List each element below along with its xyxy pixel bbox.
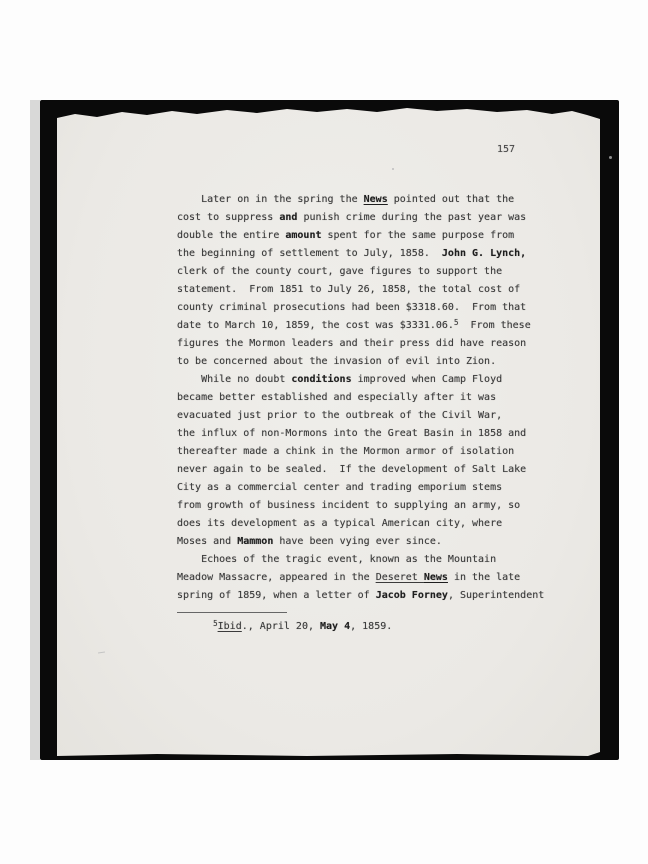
dust-speck xyxy=(609,156,612,159)
typed-line: the beginning of settlement to July, 185… xyxy=(177,245,557,263)
page-number: 157 xyxy=(497,144,515,156)
typed-line: While no doubt conditions improved when … xyxy=(177,371,557,389)
footnote-text: 5Ibid., April 20, May 4, 1859. xyxy=(177,618,557,636)
typed-line: Echoes of the tragic event, known as the… xyxy=(177,551,557,569)
film-edge-strip xyxy=(30,100,40,760)
typed-line: figures the Mormon leaders and their pre… xyxy=(177,335,557,353)
typed-line: from growth of business incident to supp… xyxy=(177,497,557,515)
typed-line: spring of 1859, when a letter of Jacob F… xyxy=(177,587,557,605)
typed-line: cost to suppress and punish crime during… xyxy=(177,209,557,227)
typed-line: never again to be sealed. If the develop… xyxy=(177,461,557,479)
typed-body-text: Later on in the spring the News pointed … xyxy=(177,191,557,605)
dust-speck xyxy=(392,168,394,170)
pencil-mark xyxy=(98,652,105,654)
typed-line: became better established and especially… xyxy=(177,389,557,407)
typed-line: City as a commercial center and trading … xyxy=(177,479,557,497)
typed-line: does its development as a typical Americ… xyxy=(177,515,557,533)
typed-line: Later on in the spring the News pointed … xyxy=(177,191,557,209)
typed-line: statement. From 1851 to July 26, 1858, t… xyxy=(177,281,557,299)
typed-line: thereafter made a chink in the Mormon ar… xyxy=(177,443,557,461)
paper-page: 157 Later on in the spring the News poin… xyxy=(57,106,600,757)
typed-line: date to March 10, 1859, the cost was $33… xyxy=(177,317,557,335)
typed-line: Meadow Massacre, appeared in the Deseret… xyxy=(177,569,557,587)
photo-frame: 157 Later on in the spring the News poin… xyxy=(40,100,619,760)
typed-line: evacuated just prior to the outbreak of … xyxy=(177,407,557,425)
typed-line: Moses and Mammon have been vying ever si… xyxy=(177,533,557,551)
typed-line: the influx of non-Mormons into the Great… xyxy=(177,425,557,443)
typed-line: clerk of the county court, gave figures … xyxy=(177,263,557,281)
typed-line: county criminal prosecutions had been $3… xyxy=(177,299,557,317)
footnote-rule xyxy=(177,612,287,613)
scanned-manuscript-photo: 157 Later on in the spring the News poin… xyxy=(0,0,648,864)
typed-line: to be concerned about the invasion of ev… xyxy=(177,353,557,371)
typed-line: double the entire amount spent for the s… xyxy=(177,227,557,245)
